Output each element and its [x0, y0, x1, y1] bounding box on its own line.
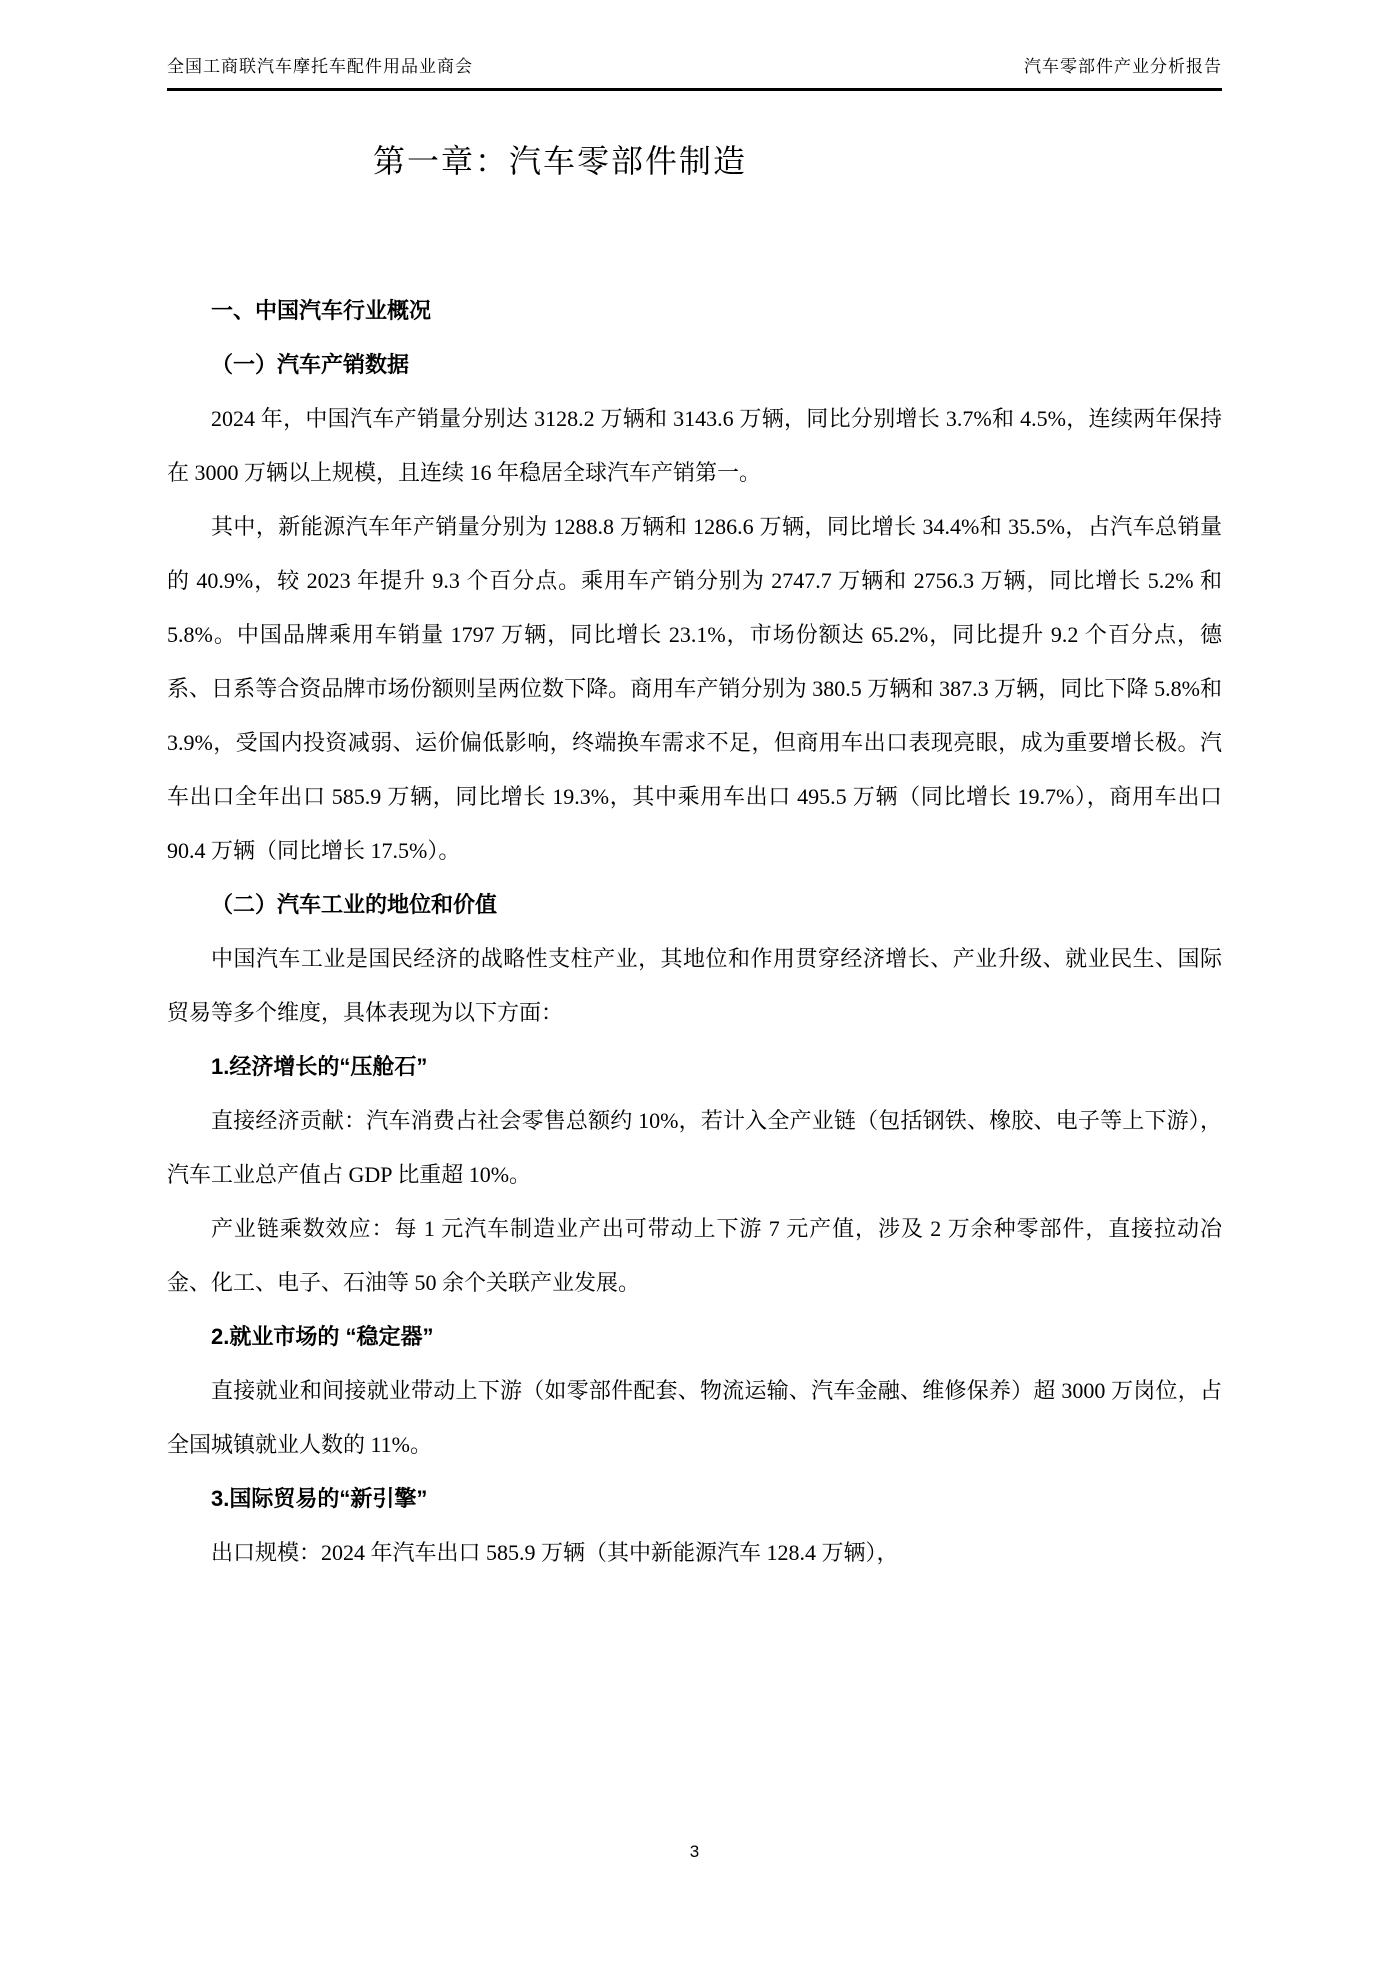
page-number: 3	[690, 1842, 699, 1861]
header-right-text: 汽车零部件产业分析报告	[1024, 52, 1222, 77]
paragraph: 其中，新能源汽车年产销量分别为 1288.8 万辆和 1286.6 万辆，同比增…	[167, 500, 1222, 878]
chapter-title: 第一章：汽车零部件制造	[0, 136, 1120, 182]
paragraph: 产业链乘数效应：每 1 元汽车制造业产出可带动上下游 7 元产值，涉及 2 万余…	[167, 1202, 1222, 1310]
header-left-text: 全国工商联汽车摩托车配件用品业商会	[167, 52, 473, 77]
heading-l1: 一、中国汽车行业概况	[167, 284, 1222, 338]
heading-l3: 1.经济增长的“压舱石”	[167, 1040, 1222, 1094]
heading-l3: 2.就业市场的 “稳定器”	[167, 1310, 1222, 1364]
paragraph: 出口规模：2024 年汽车出口 585.9 万辆（其中新能源汽车 128.4 万…	[167, 1526, 1222, 1580]
page-header: 全国工商联汽车摩托车配件用品业商会 汽车零部件产业分析报告	[167, 52, 1222, 91]
heading-l2: （一）汽车产销数据	[167, 338, 1222, 392]
document-body: 一、中国汽车行业概况（一）汽车产销数据2024 年，中国汽车产销量分别达 312…	[167, 284, 1222, 1580]
heading-l2: （二）汽车工业的地位和价值	[167, 878, 1222, 932]
paragraph: 直接经济贡献：汽车消费占社会零售总额约 10%，若计入全产业链（包括钢铁、橡胶、…	[167, 1094, 1222, 1202]
document-page: 全国工商联汽车摩托车配件用品业商会 汽车零部件产业分析报告 第一章：汽车零部件制…	[0, 0, 1389, 1964]
page-footer: 3	[0, 1842, 1389, 1862]
paragraph: 直接就业和间接就业带动上下游（如零部件配套、物流运输、汽车金融、维修保养）超 3…	[167, 1364, 1222, 1472]
paragraph: 中国汽车工业是国民经济的战略性支柱产业，其地位和作用贯穿经济增长、产业升级、就业…	[167, 932, 1222, 1040]
paragraph: 2024 年，中国汽车产销量分别达 3128.2 万辆和 3143.6 万辆，同…	[167, 392, 1222, 500]
heading-l3: 3.国际贸易的“新引擎”	[167, 1472, 1222, 1526]
